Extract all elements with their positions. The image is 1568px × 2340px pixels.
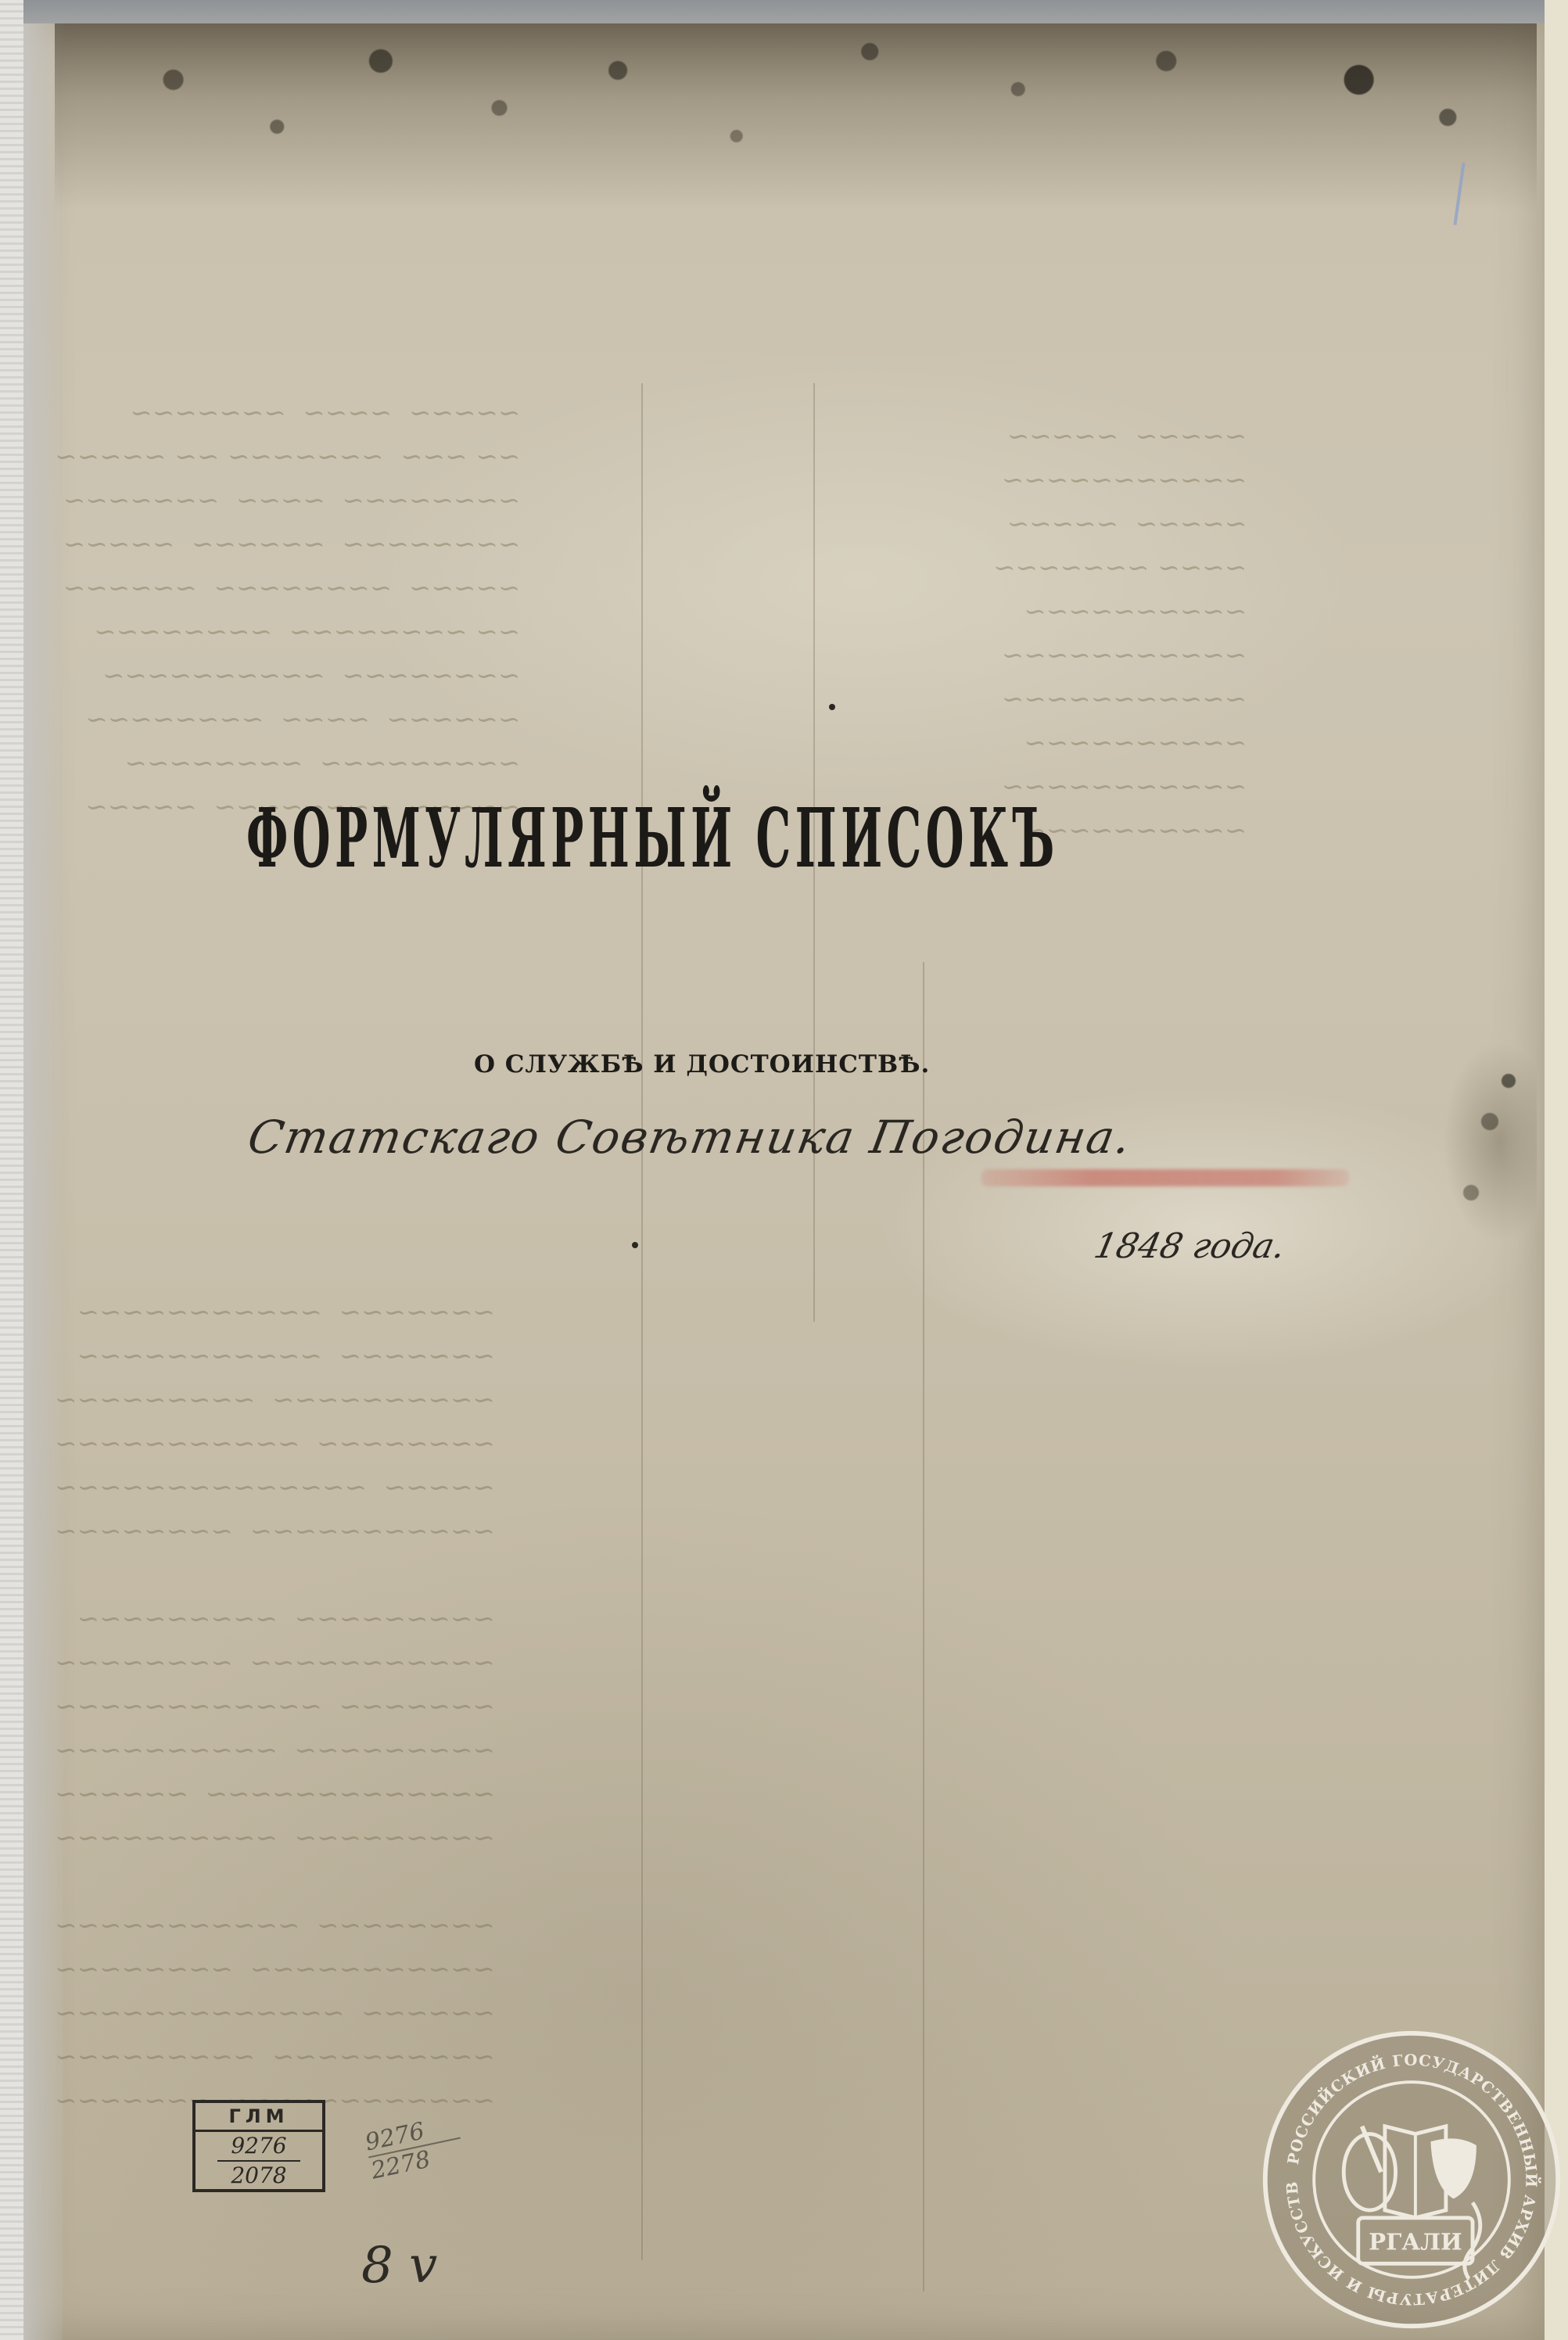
archive-stamp-number-bottom: 2078 [196, 2162, 322, 2190]
bleed-through-text: ~~~~~~~ ~~~~~~~~~~~ ~~~~~~~ ~~~~~~~~~~~ … [55, 1290, 495, 2123]
document-subtitle: О СЛУЖБѢ И ДОСТОИНСТВѢ. [474, 1050, 930, 1078]
seal-center-label: РГАЛИ [1369, 2229, 1462, 2256]
document-title: ФОРМУЛЯРНЫЙ СПИСОКЪ [246, 790, 766, 886]
scanner-backing-left [0, 0, 23, 2340]
archive-stamp-label: ГЛМ [196, 2103, 322, 2132]
seal-emblem-icon: РОССИЙСКИЙ ГОСУДАРСТВЕННЫЙ АРХИВ ЛИТЕРАТ… [1259, 2027, 1564, 2332]
red-pencil-underline [981, 1169, 1349, 1186]
column-rule [641, 383, 643, 2260]
mold-stain-right [1443, 1040, 1537, 1244]
bleed-through-text: ~~~~~ ~~~~~ ~~~~~~~~~~~ ~~~~~ ~~~~~ ~~~~… [993, 415, 1247, 852]
ink-dot [829, 704, 835, 710]
ink-dot [632, 1242, 638, 1248]
mold-stain-top [55, 23, 1537, 211]
archive-stamp-number-top: 9276 [217, 2132, 300, 2162]
bleed-through-text: ~~~~~ ~~~~ ~~~~~~~ ~~ ~~~ ~~~~~~~ ~~ ~~~… [55, 391, 520, 829]
pencil-sheet-mark: 8 v [361, 2237, 437, 2295]
handwritten-subject-name: Статскаго Совѣтника Погодина. [244, 1111, 1136, 1164]
rgali-watermark-seal: РОССИЙСКИЙ ГОСУДАРСТВЕННЫЙ АРХИВ ЛИТЕРАТ… [1259, 2027, 1564, 2332]
scanner-backing-right [1545, 0, 1568, 2340]
archive-stamp: ГЛМ 9276 2078 [192, 2100, 325, 2192]
handwritten-year: 1848 года. [1091, 1226, 1290, 1266]
page-spine-shadow [23, 23, 63, 2340]
